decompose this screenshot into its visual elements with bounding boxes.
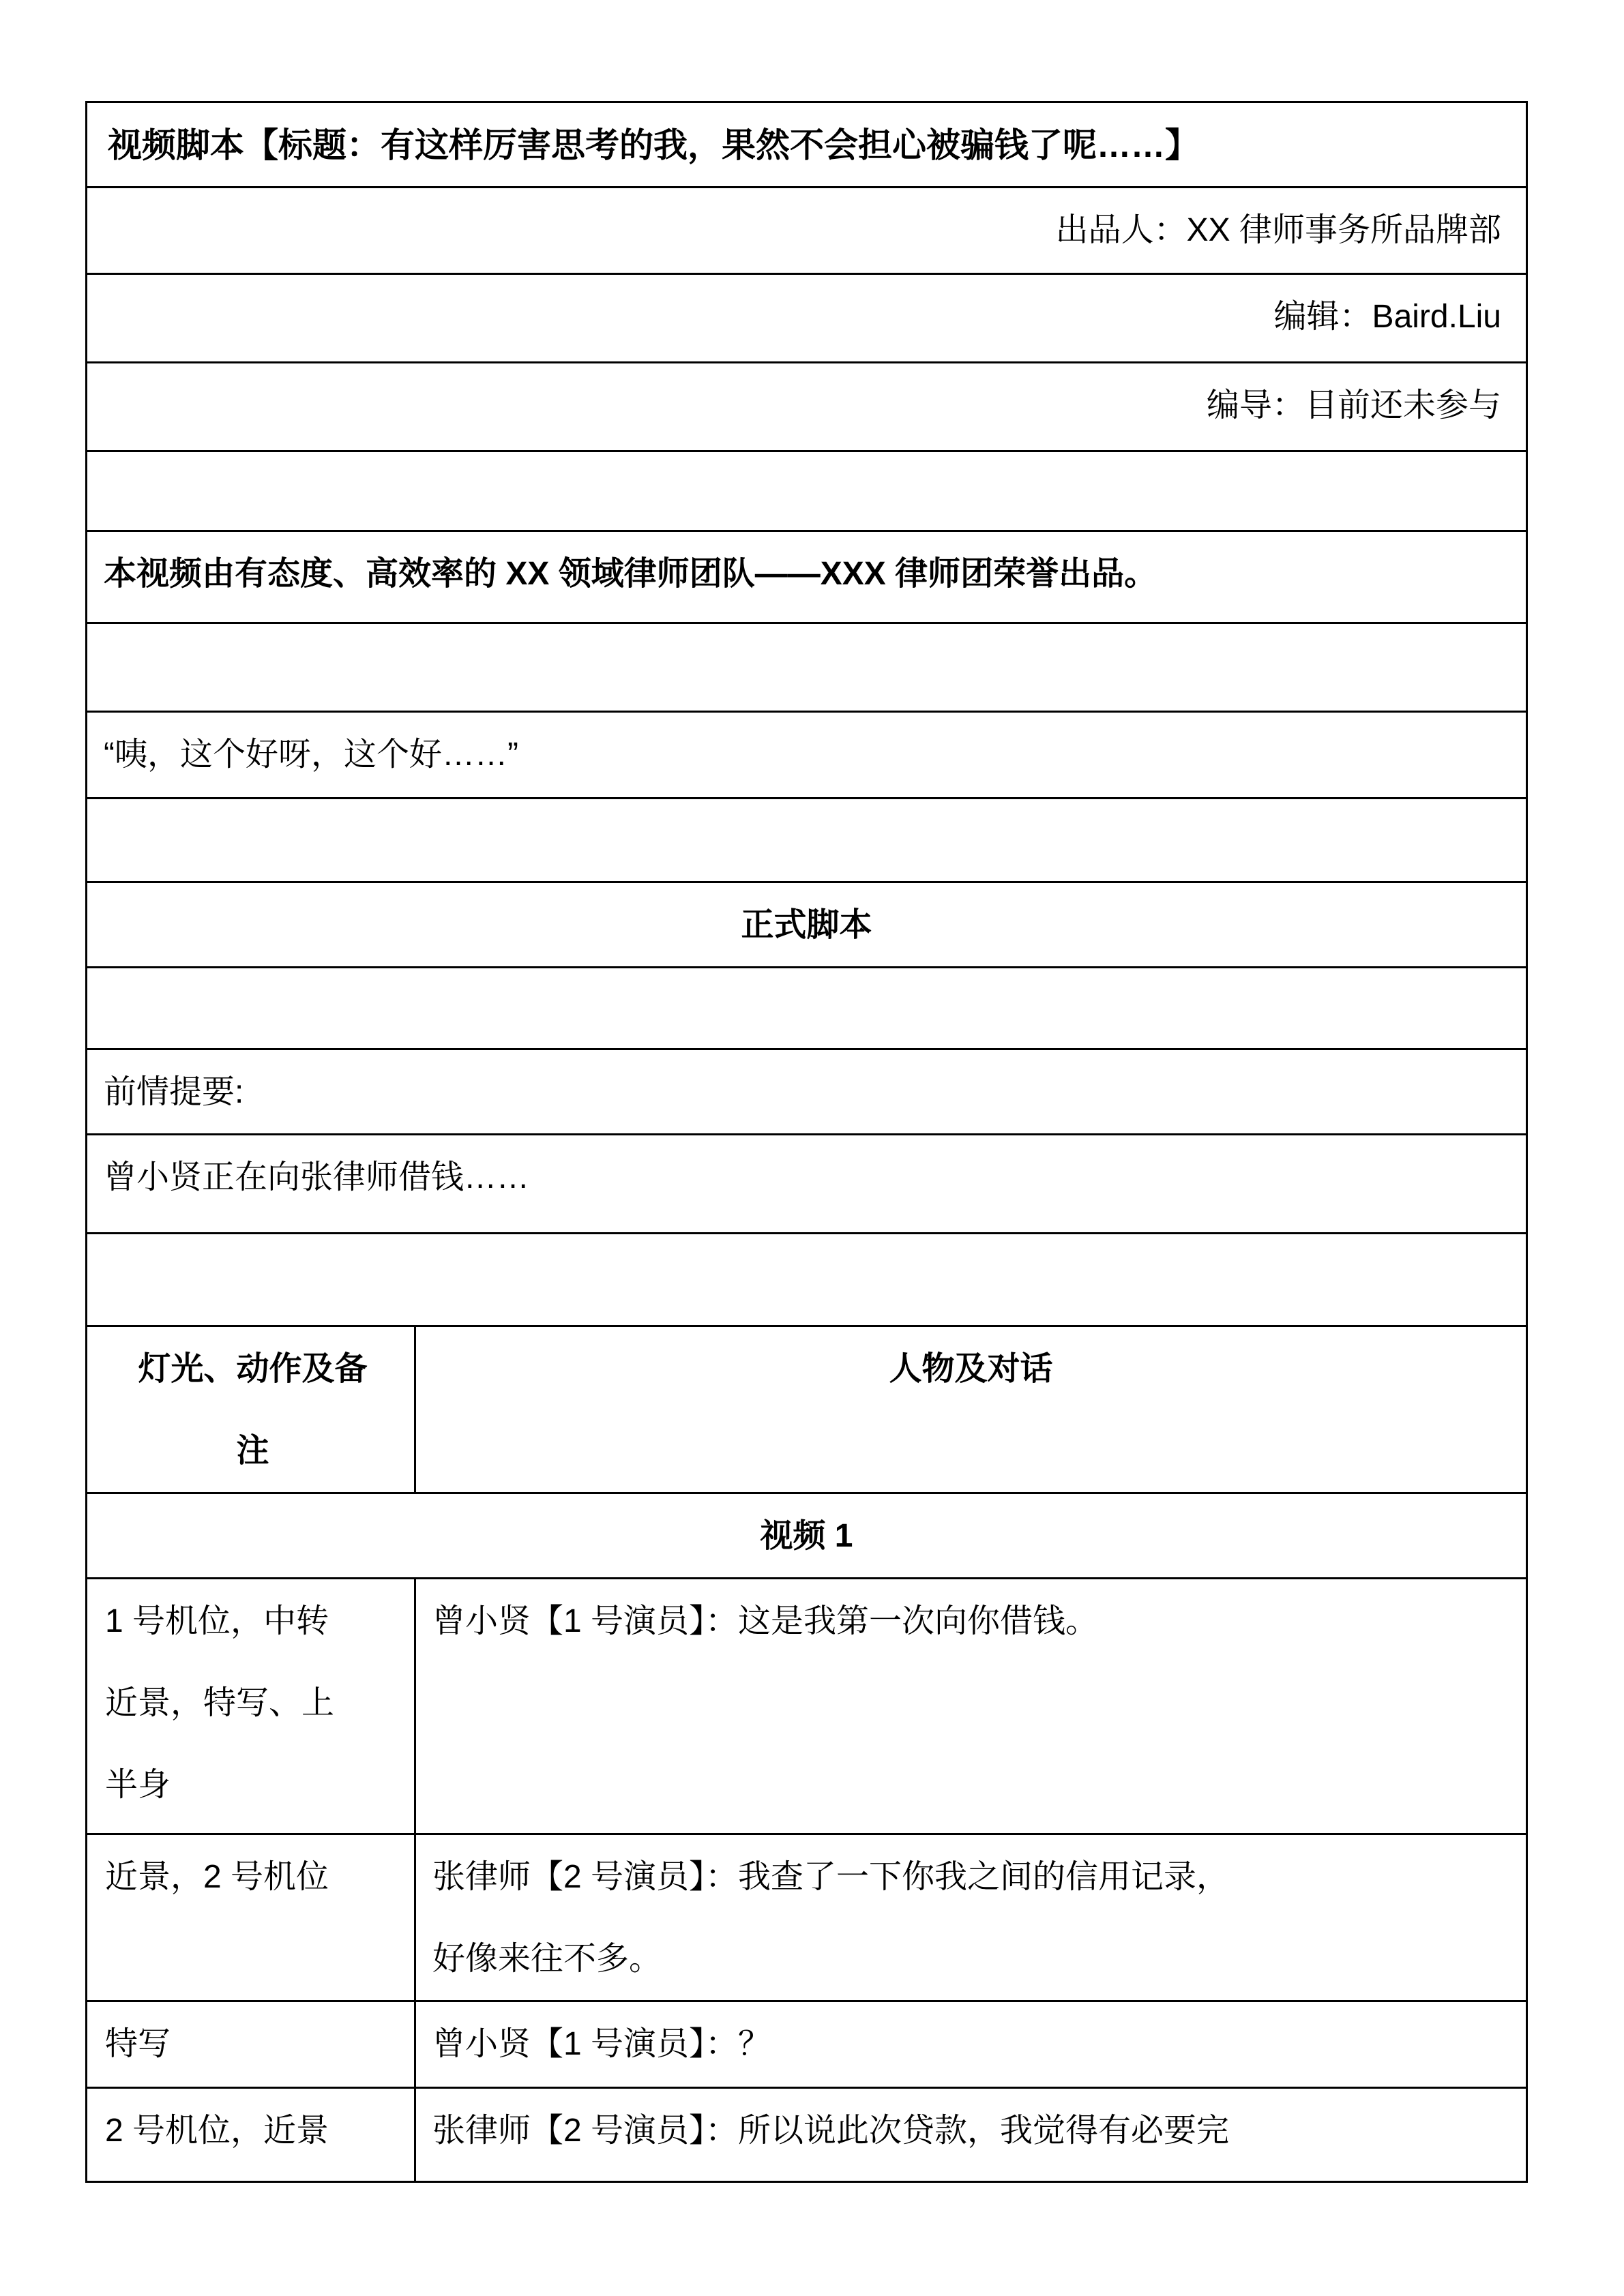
recap-label: 前情提要: xyxy=(87,1049,1527,1135)
column-header-lighting-action-notes: 灯光、动作及备 注 xyxy=(87,1326,415,1493)
producer-row: 出品人：XX 律师事务所品牌部 xyxy=(87,188,1527,274)
production-credit-row: 本视频由有态度、高效率的 XX 领域律师团队——XXX 律师团荣誉出品。 xyxy=(87,531,1527,623)
recap-label-row: 前情提要: xyxy=(87,1049,1527,1135)
shot-1-dialogue: 曾小贤【1 号演员】：这是我第一次向你借钱。 xyxy=(415,1579,1527,1834)
document-page: { "document": { "kind": "video-script-ta… xyxy=(0,0,1624,2296)
formal-script-heading: 正式脚本 xyxy=(87,882,1527,968)
spacer-cell xyxy=(87,968,1527,1049)
opening-quote-row: “咦，这个好呀，这个好……” xyxy=(87,712,1527,799)
production-credit: 本视频由有态度、高效率的 XX 领域律师团队——XXX 律师团荣誉出品。 xyxy=(87,531,1527,623)
editor-credit: 编辑：Baird.Liu xyxy=(87,274,1527,363)
shot-row-2: 近景，2 号机位 张律师【2 号演员】：我查了一下你我之间的信用记录， 好像来往… xyxy=(87,1834,1527,2001)
column-header-characters-dialogue: 人物及对话 xyxy=(415,1326,1527,1493)
shot-4-dialogue: 张律师【2 号演员】：所以说此次贷款，我觉得有必要完 xyxy=(415,2088,1527,2182)
shot-2-camera-notes: 近景，2 号机位 xyxy=(87,1834,415,2001)
spacer-cell xyxy=(87,451,1527,531)
title-row: 视频脚本【标题：有这样厉害思考的我，果然不会担心被骗钱了呢……】 xyxy=(87,102,1527,188)
director-row: 编导：目前还未参与 xyxy=(87,363,1527,451)
shot-4-camera-notes: 2 号机位，近景 xyxy=(87,2088,415,2182)
recap-text-row: 曾小贤正在向张律师借钱…… xyxy=(87,1135,1527,1234)
director-credit: 编导：目前还未参与 xyxy=(87,363,1527,451)
shot-3-dialogue: 曾小贤【1 号演员】：？ xyxy=(415,2001,1527,2088)
script-title: 视频脚本【标题：有这样厉害思考的我，果然不会担心被骗钱了呢……】 xyxy=(87,102,1527,188)
column-header-row: 灯光、动作及备 注 人物及对话 xyxy=(87,1326,1527,1493)
video1-heading: 视频 1 xyxy=(87,1493,1527,1579)
editor-row: 编辑：Baird.Liu xyxy=(87,274,1527,363)
spacer-cell xyxy=(87,799,1527,882)
formal-script-heading-row: 正式脚本 xyxy=(87,882,1527,968)
spacer-row-1 xyxy=(87,451,1527,531)
spacer-row-5 xyxy=(87,1234,1527,1326)
shot-1-camera-notes: 1 号机位，中转 近景，特写、上 半身 xyxy=(87,1579,415,1834)
shot-2-dialogue: 张律师【2 号演员】：我查了一下你我之间的信用记录， 好像来往不多。 xyxy=(415,1834,1527,2001)
shot-row-4: 2 号机位，近景 张律师【2 号演员】：所以说此次贷款，我觉得有必要完 xyxy=(87,2088,1527,2182)
spacer-row-2 xyxy=(87,623,1527,712)
opening-quote: “咦，这个好呀，这个好……” xyxy=(87,712,1527,799)
video1-heading-row: 视频 1 xyxy=(87,1493,1527,1579)
video-script-table: 视频脚本【标题：有这样厉害思考的我，果然不会担心被骗钱了呢……】 出品人：XX … xyxy=(85,101,1528,2183)
spacer-row-4 xyxy=(87,968,1527,1049)
spacer-cell xyxy=(87,1234,1527,1326)
spacer-row-3 xyxy=(87,799,1527,882)
producer-credit: 出品人：XX 律师事务所品牌部 xyxy=(87,188,1527,274)
recap-text: 曾小贤正在向张律师借钱…… xyxy=(87,1135,1527,1234)
shot-row-1: 1 号机位，中转 近景，特写、上 半身 曾小贤【1 号演员】：这是我第一次向你借… xyxy=(87,1579,1527,1834)
spacer-cell xyxy=(87,623,1527,712)
shot-row-3: 特写 曾小贤【1 号演员】：？ xyxy=(87,2001,1527,2088)
shot-3-camera-notes: 特写 xyxy=(87,2001,415,2088)
